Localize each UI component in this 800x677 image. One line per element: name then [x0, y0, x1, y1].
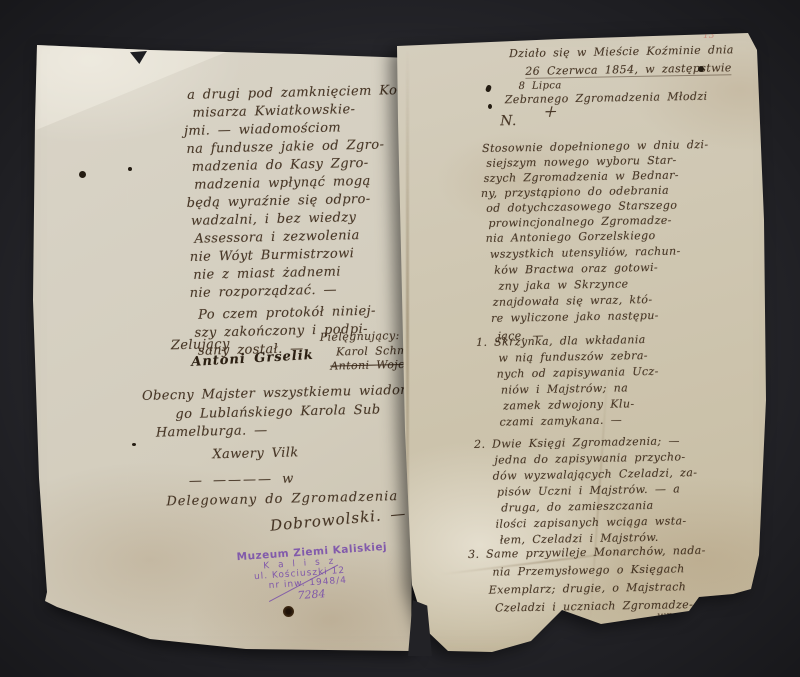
- right-page-sheet: 13 Działo się w Mieście Koźminie dnia 26…: [0, 0, 800, 677]
- ink-cross-mark: ＋: [543, 101, 557, 120]
- ink-blot: [698, 66, 704, 72]
- handwriting-line: wraz z Przywi-: [657, 609, 743, 621]
- archival-page-number: 13: [703, 31, 714, 41]
- handwriting-line: znajdowała się wraz, któ-: [493, 293, 653, 309]
- right-page-left-edge-crease: [406, 50, 409, 605]
- item-number: 3.: [468, 548, 486, 561]
- handwriting-line: zamek zdwojony Klu-: [503, 397, 635, 412]
- handwriting-line: lejami: [671, 622, 701, 633]
- item-number: 2.: [474, 438, 492, 451]
- item-text: Skrzynka, dla wkładania: [494, 333, 646, 349]
- ink-spot: [488, 104, 492, 109]
- document-photo: a drugi pod zamknięciem Ko- misarza Kwia…: [0, 0, 800, 677]
- item-number: 1.: [476, 336, 494, 349]
- document-number-mark: N.: [500, 113, 517, 129]
- handwriting-line: niów i Majstrów; na: [501, 381, 628, 396]
- handwriting-line: zny jaka w Skrzynce: [498, 277, 628, 292]
- handwriting-line: czami zamykana. —: [499, 413, 622, 428]
- handwriting-line: druga, do zamieszczania: [501, 499, 653, 515]
- handwriting-line: w nią funduszów zebra-: [498, 349, 648, 365]
- dateline-date-correction: 8 Lipca: [518, 80, 561, 92]
- right-page-wrapper: 13 Działo się w Mieście Koźminie dnia 26…: [0, 0, 800, 677]
